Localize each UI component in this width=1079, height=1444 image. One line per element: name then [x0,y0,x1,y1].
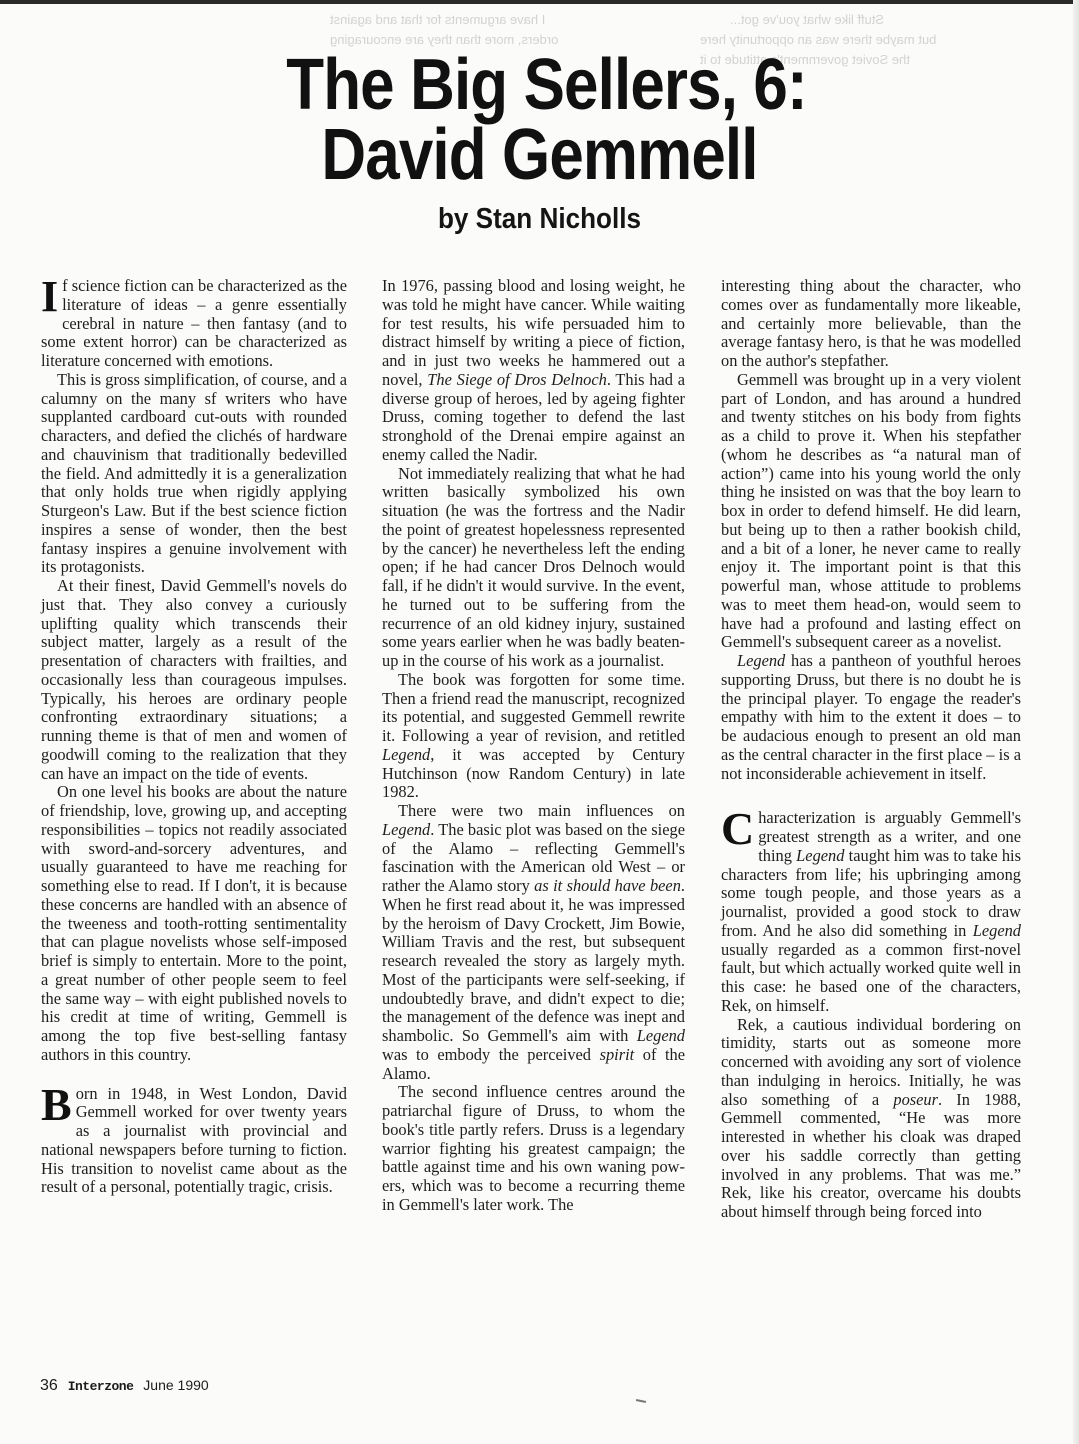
magazine-name: Interzone [68,1379,134,1394]
paragraph-text: usu­ally regarded as a common first-nove… [721,940,1021,1015]
drop-cap: B [41,1087,72,1123]
paragraph-text: orn in 1948, in West London, David Gemme… [41,1084,347,1197]
paragraph: interesting thing about the character, w… [721,277,1021,371]
article-headline: The Big Sellers, 6: David Gemmell [0,50,1079,190]
article-byline: by Stan Nicholls [54,203,1025,236]
paragraph: Legend has a pantheon of youthful heroes… [721,652,1021,783]
emphasis: poseur [893,1090,938,1109]
page-number: 36 [40,1377,58,1394]
text-column-3: interesting thing about the character, w… [721,277,1021,1222]
issue-date: June 1990 [143,1377,208,1393]
paragraph-text: was to embody the perceived [382,1045,600,1064]
paragraph: This is gross simplification, of course,… [41,371,347,577]
paragraph: Rek, a cautious individual bordering on … [721,1016,1021,1222]
book-title: Legend [382,745,430,764]
paragraph: Gemmell was brought up in a very violent… [721,371,1021,652]
paragraph-section-start: Characterization is arguably Gem­mell's … [721,809,1021,1015]
paragraph-section-start: Born in 1948, in West London, David Gemm… [41,1085,347,1198]
drop-cap: I [41,279,58,315]
paragraph-text: . In 1988, Gemmell commented, “He was mo… [721,1090,1021,1222]
paragraph: The second influence centres around the … [382,1083,685,1214]
paragraph: If science fiction can be characterized … [41,277,347,371]
scan-speck [636,1399,646,1403]
bleed-through-text: Stuff like what you've got... [730,10,884,29]
page-footer: 36 Interzone June 1990 [40,1377,209,1395]
paragraph: There were two main influences on Legend… [382,802,685,1083]
book-title: Legend [382,820,430,839]
paragraph: At their finest, David Gemmell's novels … [41,577,347,783]
book-title: Legend [973,921,1021,940]
emphasis: as it should have been [534,876,681,895]
paragraph-text: f science fiction can be characterized a… [41,276,347,370]
book-title: Legend [737,651,785,670]
drop-cap: C [721,811,754,847]
book-title: The Siege of Dros Delnoch [427,370,607,389]
book-title: Legend [796,846,844,865]
paragraph: Not immediately realizing that what he h… [382,465,685,671]
paragraph-text: has a pantheon of youthful heroes suppor… [721,651,1021,783]
headline-line-1: The Big Sellers, 6: [89,50,1005,120]
book-title: Legend [637,1026,685,1045]
text-column-1: If science fiction can be characterized … [41,277,347,1197]
paragraph: The book was forgotten for some time. Th… [382,671,685,802]
text-column-2: In 1976, passing blood and losing weight… [382,277,685,1215]
paragraph-text: . When he first read about it, he was im… [382,876,685,1045]
paragraph-text: There were two main influences on [398,801,685,820]
paragraph: In 1976, passing blood and losing weight… [382,277,685,465]
scan-top-edge [0,0,1079,4]
paragraph: On one level his books are about the nat… [41,783,347,1064]
scan-right-edge [1073,0,1079,1444]
headline-line-2: David Gemmell [76,120,1004,190]
emphasis: spirit [600,1045,635,1064]
bleed-through-text: I have arguments for that and against [330,10,545,29]
paragraph-text: The book was forgotten for some time. Th… [382,670,685,745]
